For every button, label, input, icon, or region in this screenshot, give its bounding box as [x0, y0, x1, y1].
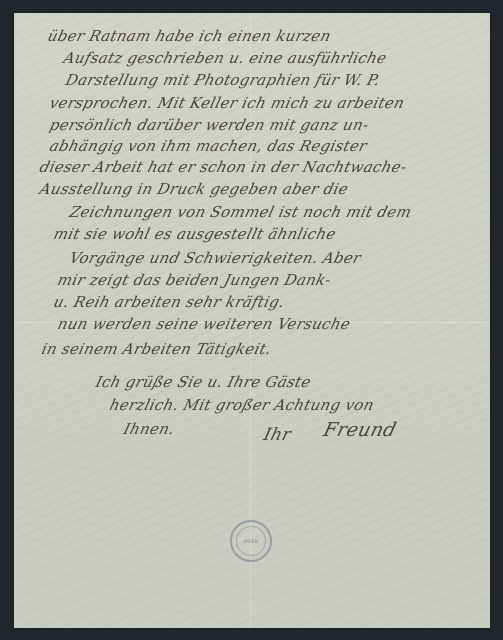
- letter-line-5: persönlich darüber werden mit ganz un-: [48, 116, 371, 134]
- letter-line-13: u. Reih arbeiten sehr kräftig.: [52, 293, 287, 311]
- letter-line-9: Zeichnungen von Sommel ist noch mit dem: [68, 203, 414, 221]
- letter-line-11: Vorgänge und Schwierigkeiten. Aber: [68, 249, 363, 267]
- letter-line-12: mir zeigt das beiden Jungen Dank-: [56, 271, 333, 289]
- signature: Freund: [321, 419, 398, 441]
- letter-line-7: dieser Arbeit hat er schon in der Nachtw…: [38, 158, 409, 176]
- letter-line-4: versprochen. Mit Keller ich mich zu arbe…: [48, 94, 407, 112]
- closing-text: Ihr: [262, 425, 294, 445]
- letter-line-16: Ich grüße Sie u. Ihre Gäste: [94, 373, 313, 391]
- letter-line-6: abhängig von ihm machen, das Register: [48, 137, 369, 155]
- letter-line-1: über Ratnam habe ich einen kurzen: [46, 27, 333, 45]
- letter-line-2: Aufsatz geschrieben u. eine ausführliche: [62, 49, 389, 67]
- letter-line-3: Darstellung mit Photographien für W. P.: [64, 71, 382, 89]
- letter-line-17: herzlich. Mit großer Achtung von: [108, 396, 376, 414]
- letter-page: über Ratnam habe ich einen kurzen Aufsat…: [14, 13, 490, 628]
- letter-line-18: Ihnen.: [122, 420, 177, 438]
- letter-line-10: mit sie wohl es ausgestellt ähnliche: [52, 225, 338, 243]
- letter-line-15: in seinem Arbeiten Tätigkeit.: [40, 340, 274, 358]
- archive-stamp: ARCHIV: [230, 520, 272, 562]
- letter-line-8: Ausstellung in Druck gegeben aber die: [38, 180, 351, 198]
- archive-stamp-text: ARCHIV: [236, 526, 266, 556]
- letter-line-14: nun werden seine weiteren Versuche: [56, 315, 353, 333]
